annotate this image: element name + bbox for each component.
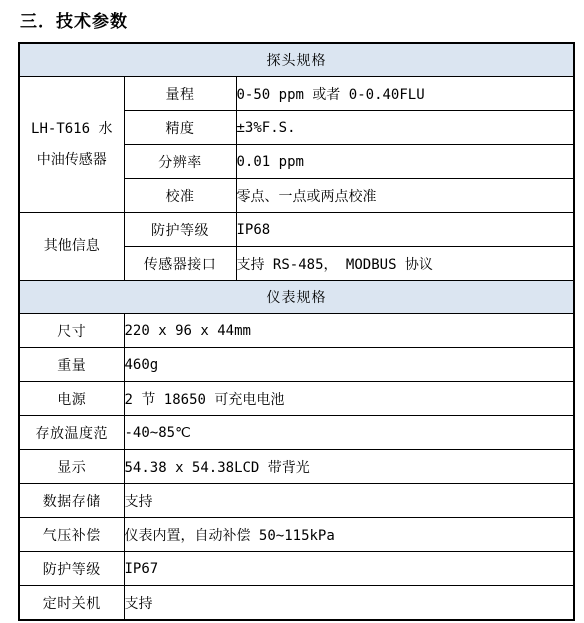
param-label: 电源: [19, 382, 124, 416]
page-title: 三．技术参数: [20, 7, 128, 32]
param-label: 量程: [124, 77, 236, 111]
param-value: IP67: [124, 552, 574, 586]
param-label: 定时关机: [19, 586, 124, 621]
param-value: 支持: [124, 484, 574, 518]
table-row: 气压补偿 仪表内置，自动补偿 50~115kPa: [19, 518, 574, 552]
param-label: 数据存储: [19, 484, 124, 518]
spec-table: 探头规格 LH-T616 水 中油传感器 量程 0-50 ppm 或者 0-0.…: [18, 42, 575, 621]
param-label: 尺寸: [19, 314, 124, 348]
probe-section-header-row: 探头规格: [19, 43, 574, 77]
param-label: 校准: [124, 179, 236, 213]
sensor-group-label-line2: 中油传感器: [20, 145, 124, 176]
table-row: 定时关机 支持: [19, 586, 574, 621]
param-label: 防护等级: [124, 213, 236, 247]
other-info-group-label: 其他信息: [19, 213, 124, 281]
param-value: IP68: [236, 213, 574, 247]
table-row: 其他信息 防护等级 IP68: [19, 213, 574, 247]
table-row: 重量 460g: [19, 348, 574, 382]
sensor-group-label-line1: LH-T616 水: [20, 114, 124, 145]
param-value: 2 节 18650 可充电电池: [124, 382, 574, 416]
table-row: 电源 2 节 18650 可充电电池: [19, 382, 574, 416]
param-value: 零点、一点或两点校准: [236, 179, 574, 213]
param-value: 460g: [124, 348, 574, 382]
table-row: 尺寸 220 x 96 x 44mm: [19, 314, 574, 348]
sensor-group-label: LH-T616 水 中油传感器: [19, 77, 124, 213]
param-label: 存放温度范: [19, 416, 124, 450]
table-row: LH-T616 水 中油传感器 量程 0-50 ppm 或者 0-0.40FLU: [19, 77, 574, 111]
param-label: 显示: [19, 450, 124, 484]
param-value: 0-50 ppm 或者 0-0.40FLU: [236, 77, 574, 111]
param-label: 传感器接口: [124, 247, 236, 281]
table-row: 数据存储 支持: [19, 484, 574, 518]
param-label: 精度: [124, 111, 236, 145]
meter-section-header: 仪表规格: [19, 281, 574, 314]
param-label: 气压补偿: [19, 518, 124, 552]
param-value: 220 x 96 x 44mm: [124, 314, 574, 348]
table-row: 存放温度范 -40~85℃: [19, 416, 574, 450]
param-label: 重量: [19, 348, 124, 382]
param-label: 防护等级: [19, 552, 124, 586]
probe-section-header: 探头规格: [19, 43, 574, 77]
param-value: 54.38 x 54.38LCD 带背光: [124, 450, 574, 484]
table-row: 防护等级 IP67: [19, 552, 574, 586]
param-value: 支持 RS-485， MODBUS 协议: [236, 247, 574, 281]
table-row: 显示 54.38 x 54.38LCD 带背光: [19, 450, 574, 484]
param-value: 支持: [124, 586, 574, 621]
param-value: ±3%F.S.: [236, 111, 574, 145]
param-value: 仪表内置，自动补偿 50~115kPa: [124, 518, 574, 552]
param-value: -40~85℃: [124, 416, 574, 450]
meter-section-header-row: 仪表规格: [19, 281, 574, 314]
param-value: 0.01 ppm: [236, 145, 574, 179]
param-label: 分辨率: [124, 145, 236, 179]
